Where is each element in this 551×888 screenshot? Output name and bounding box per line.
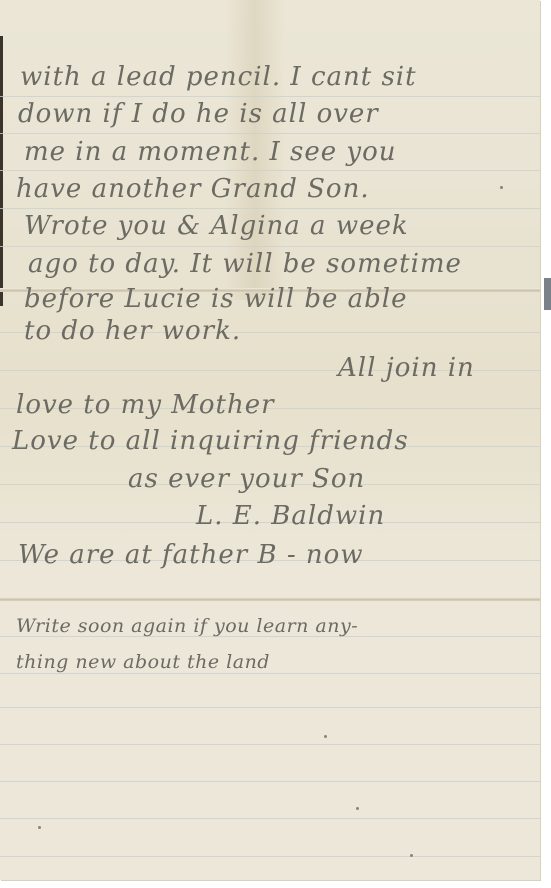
letter-line: to do her work. [24, 318, 241, 344]
letter-line: have another Grand Son. [16, 176, 370, 202]
letter-line: ago to day. It will be sometime [28, 251, 462, 277]
letter-line: me in a moment. I see you [24, 139, 396, 165]
letter-line: Love to all inquiring friends [12, 428, 409, 454]
ruled-line [0, 744, 540, 745]
letter-line: All join in [338, 355, 475, 381]
paper-speck [500, 186, 503, 189]
letter-line: with a lead pencil. I cant sit [20, 64, 417, 90]
letter-line: before Lucie is will be able [24, 286, 407, 312]
paper-speck [38, 826, 41, 829]
letter-line: Wrote you & Algina a week [24, 213, 409, 239]
ruled-line [0, 856, 540, 857]
letter-page: with a lead pencil. I cant sit down if I… [0, 0, 540, 880]
closing-line: as ever your Son [128, 466, 365, 492]
ruled-line [0, 246, 540, 247]
ruled-line [0, 818, 540, 819]
ruled-line [0, 170, 540, 171]
ruled-line [0, 133, 540, 134]
signature: L. E. Baldwin [196, 503, 385, 529]
letter-line: We are at father B - now [18, 542, 364, 568]
background-tab [544, 278, 551, 310]
ruled-line [0, 781, 540, 782]
fold-crease [0, 597, 540, 601]
ruled-line [0, 96, 540, 97]
paper-speck [324, 735, 327, 738]
postscript-line: Write soon again if you learn any- [16, 617, 358, 636]
letter-line: down if I do he is all over [18, 101, 379, 127]
ruled-line [0, 208, 540, 209]
ruled-line [0, 707, 540, 708]
paper-speck [410, 854, 413, 857]
ruled-line [0, 673, 540, 674]
postscript-line: thing new about the land [16, 653, 270, 672]
page-edge-shadow [0, 36, 3, 306]
paper-speck [356, 807, 359, 810]
letter-line: love to my Mother [16, 392, 275, 418]
